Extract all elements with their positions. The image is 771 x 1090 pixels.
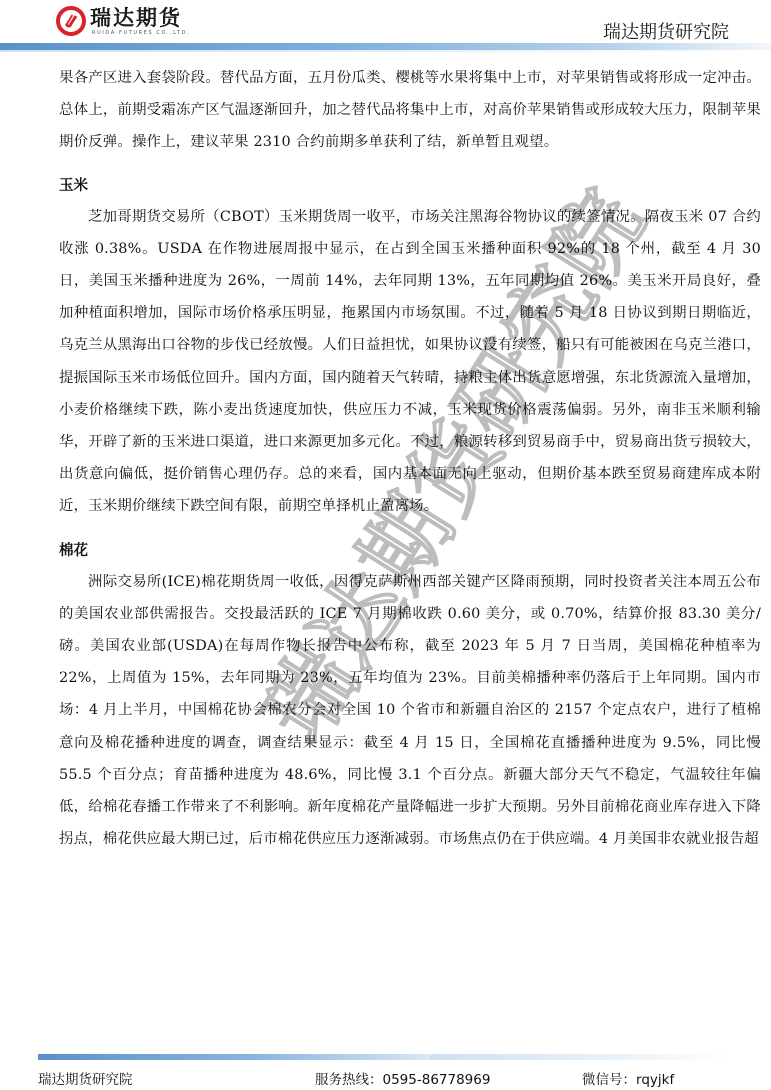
page-footer: 瑞达期货研究院 服务热线：0595-86778969 微信号：rqyjkf bbox=[0, 1066, 771, 1090]
section-title-cotton: 棉花 bbox=[59, 536, 761, 566]
header-divider-bar bbox=[0, 43, 771, 50]
footer-hotline: 服务热线：0595-86778969 bbox=[315, 1068, 490, 1088]
footer-divider-fade bbox=[430, 1054, 730, 1060]
company-logo: 瑞达期货 RUIDA FUTURES CO.,LTD. bbox=[56, 4, 190, 38]
logo-english-name: RUIDA FUTURES CO.,LTD. bbox=[92, 30, 190, 36]
logo-chinese-name: 瑞达期货 bbox=[90, 6, 190, 30]
section-body-cotton: 洲际交易所(ICE)棉花期货周一收低，因得克萨斯州西部关键产区降雨预期，同时投资… bbox=[59, 566, 761, 856]
footer-divider-bar bbox=[38, 1054, 475, 1060]
page-header: 瑞达期货 RUIDA FUTURES CO.,LTD. 瑞达期货研究院 bbox=[0, 0, 771, 56]
header-org-name: 瑞达期货研究院 bbox=[603, 18, 729, 44]
document-body: 果各产区进入套袋阶段。替代品方面，五月份瓜类、樱桃等水果将集中上市，对苹果销售或… bbox=[59, 62, 761, 855]
section-title-corn: 玉米 bbox=[59, 171, 761, 201]
header-divider-highlight bbox=[0, 50, 771, 52]
footer-wechat: 微信号：rqyjkf bbox=[582, 1068, 674, 1088]
section-body-corn: 芝加哥期货交易所（CBOT）玉米期货周一收平，市场关注黑海谷物协议的续签情况。隔… bbox=[59, 201, 761, 523]
ruida-logo-icon bbox=[56, 6, 86, 36]
intro-paragraph: 果各产区进入套袋阶段。替代品方面，五月份瓜类、樱桃等水果将集中上市，对苹果销售或… bbox=[59, 62, 761, 159]
footer-org-name: 瑞达期货研究院 bbox=[38, 1068, 133, 1088]
